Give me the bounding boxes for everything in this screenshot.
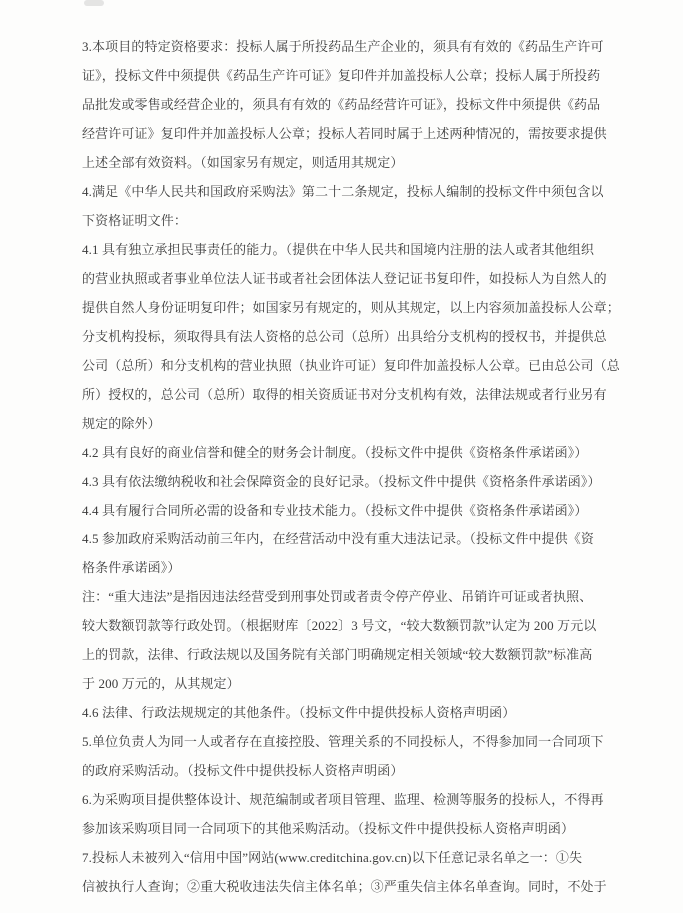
text-line: 规定的除外） bbox=[82, 410, 622, 439]
paragraph-clause-4-3: 4.3 具有依法缴纳税收和社会保障资金的良好记录。（投标文件中提供《资格条件承诺… bbox=[82, 468, 622, 497]
text-line: 的政府采购活动。（投标文件中提供投标人资格声明函） bbox=[82, 757, 622, 786]
text-line: 格条件承诺函》） bbox=[82, 554, 622, 583]
text-line: 4.6 法律、行政法规规定的其他条件。（投标文件中提供投标人资格声明函） bbox=[82, 699, 622, 728]
text-line: 分支机构投标，须取得具有法人资格的总公司（总所）出具给分支机构的授权书，并提供总 bbox=[82, 323, 622, 352]
scan-artifact bbox=[84, 0, 104, 6]
document-text: 3.本项目的特定资格要求：投标人属于所投药品生产企业的，须具有有效的《药品生产许… bbox=[82, 33, 622, 902]
text-line: 注：“重大违法”是指因违法经营受到刑事处罚或者责令停产停业、吊销许可证或者执照、 bbox=[82, 583, 622, 612]
paragraph-clause-4-4: 4.4 具有履行合同所必需的设备和专业技术能力。（投标文件中提供《资格条件承诺函… bbox=[82, 497, 622, 526]
text-line: 4.满足《中华人民共和国政府采购法》第二十二条规定，投标人编制的投标文件中须包含… bbox=[82, 178, 622, 207]
paragraph-clause-3: 3.本项目的特定资格要求：投标人属于所投药品生产企业的，须具有有效的《药品生产许… bbox=[82, 33, 622, 178]
text-line: 于 200 万元的，从其规定） bbox=[82, 670, 622, 699]
paragraph-clause-4-1: 4.1 具有独立承担民事责任的能力。（提供在中华人民共和国境内注册的法人或者其他… bbox=[82, 236, 622, 439]
text-line: 4.4 具有履行合同所必需的设备和专业技术能力。（投标文件中提供《资格条件承诺函… bbox=[82, 497, 622, 526]
text-line: 信被执行人查询；②重大税收违法失信主体名单；③严重失信主体名单查询。同时，不处于 bbox=[82, 873, 622, 902]
text-line: 4.2 具有良好的商业信誉和健全的财务会计制度。（投标文件中提供《资格条件承诺函… bbox=[82, 439, 622, 468]
text-line: 参加该采购项目同一合同项下的其他采购活动。（投标文件中提供投标人资格声明函） bbox=[82, 815, 622, 844]
text-line: 4.1 具有独立承担民事责任的能力。（提供在中华人民共和国境内注册的法人或者其他… bbox=[82, 236, 622, 265]
text-line: 上述全部有效资料。（如国家另有规定，则适用其规定） bbox=[82, 149, 622, 178]
paragraph-clause-4-2: 4.2 具有良好的商业信誉和健全的财务会计制度。（投标文件中提供《资格条件承诺函… bbox=[82, 439, 622, 468]
text-line: 3.本项目的特定资格要求：投标人属于所投药品生产企业的，须具有有效的《药品生产许… bbox=[82, 33, 622, 62]
paragraph-clause-6: 6.为采购项目提供整体设计、规范编制或者项目管理、监理、检测等服务的投标人，不得… bbox=[82, 786, 622, 844]
paragraph-clause-7: 7.投标人未被列入“信用中国”网站(www.creditchina.gov.cn… bbox=[82, 844, 622, 902]
text-line: 品批发或零售或经营企业的，须具有有效的《药品经营许可证》，投标文件中须提供《药品 bbox=[82, 91, 622, 120]
paragraph-clause-4-6: 4.6 法律、行政法规规定的其他条件。（投标文件中提供投标人资格声明函） bbox=[82, 699, 622, 728]
text-line: 较大数额罚款等行政处罚。（根据财库〔2022〕3 号文，“较大数额罚款”认定为 … bbox=[82, 612, 622, 641]
text-line: 下资格证明文件： bbox=[82, 207, 622, 236]
text-line: 4.3 具有依法缴纳税收和社会保障资金的良好记录。（投标文件中提供《资格条件承诺… bbox=[82, 468, 622, 497]
text-line: 上的罚款，法律、行政法规以及国务院有关部门明确规定相关领域“较大数额罚款”标准高 bbox=[82, 641, 622, 670]
text-line: 公司（总所）和分支机构的营业执照（执业许可证）复印件加盖投标人公章。已由总公司（… bbox=[82, 352, 622, 381]
text-line: 4.5 参加政府采购活动前三年内，在经营活动中没有重大违法记录。（投标文件中提供… bbox=[82, 525, 622, 554]
paragraph-clause-4: 4.满足《中华人民共和国政府采购法》第二十二条规定，投标人编制的投标文件中须包含… bbox=[82, 178, 622, 236]
text-line: 的营业执照或者事业单位法人证书或者社会团体法人登记证书复印件，如投标人为自然人的 bbox=[82, 265, 622, 294]
text-line: 提供自然人身份证明复印件；如国家另有规定的，则从其规定，以上内容须加盖投标人公章… bbox=[82, 294, 622, 323]
text-line: 证》，投标文件中须提供《药品生产许可证》复印件并加盖投标人公章；投标人属于所投药 bbox=[82, 62, 622, 91]
scanned-document-page: 3.本项目的特定资格要求：投标人属于所投药品生产企业的，须具有有效的《药品生产许… bbox=[0, 0, 683, 913]
text-line: 所）授权的，总公司（总所）取得的相关资质证书对分支机构有效，法律法规或者行业另有 bbox=[82, 381, 622, 410]
text-line: 5.单位负责人为同一人或者存在直接控股、管理关系的不同投标人，不得参加同一合同项… bbox=[82, 728, 622, 757]
paragraph-clause-5: 5.单位负责人为同一人或者存在直接控股、管理关系的不同投标人，不得参加同一合同项… bbox=[82, 728, 622, 786]
text-line: 6.为采购项目提供整体设计、规范编制或者项目管理、监理、检测等服务的投标人，不得… bbox=[82, 786, 622, 815]
paragraph-clause-4-5: 4.5 参加政府采购活动前三年内，在经营活动中没有重大违法记录。（投标文件中提供… bbox=[82, 525, 622, 583]
paragraph-note-major-violation: 注：“重大违法”是指因违法经营受到刑事处罚或者责令停产停业、吊销许可证或者执照、… bbox=[82, 583, 622, 699]
text-line: 7.投标人未被列入“信用中国”网站(www.creditchina.gov.cn… bbox=[82, 844, 622, 873]
text-line: 经营许可证》复印件并加盖投标人公章；投标人若同时属于上述两种情况的，需按要求提供 bbox=[82, 120, 622, 149]
